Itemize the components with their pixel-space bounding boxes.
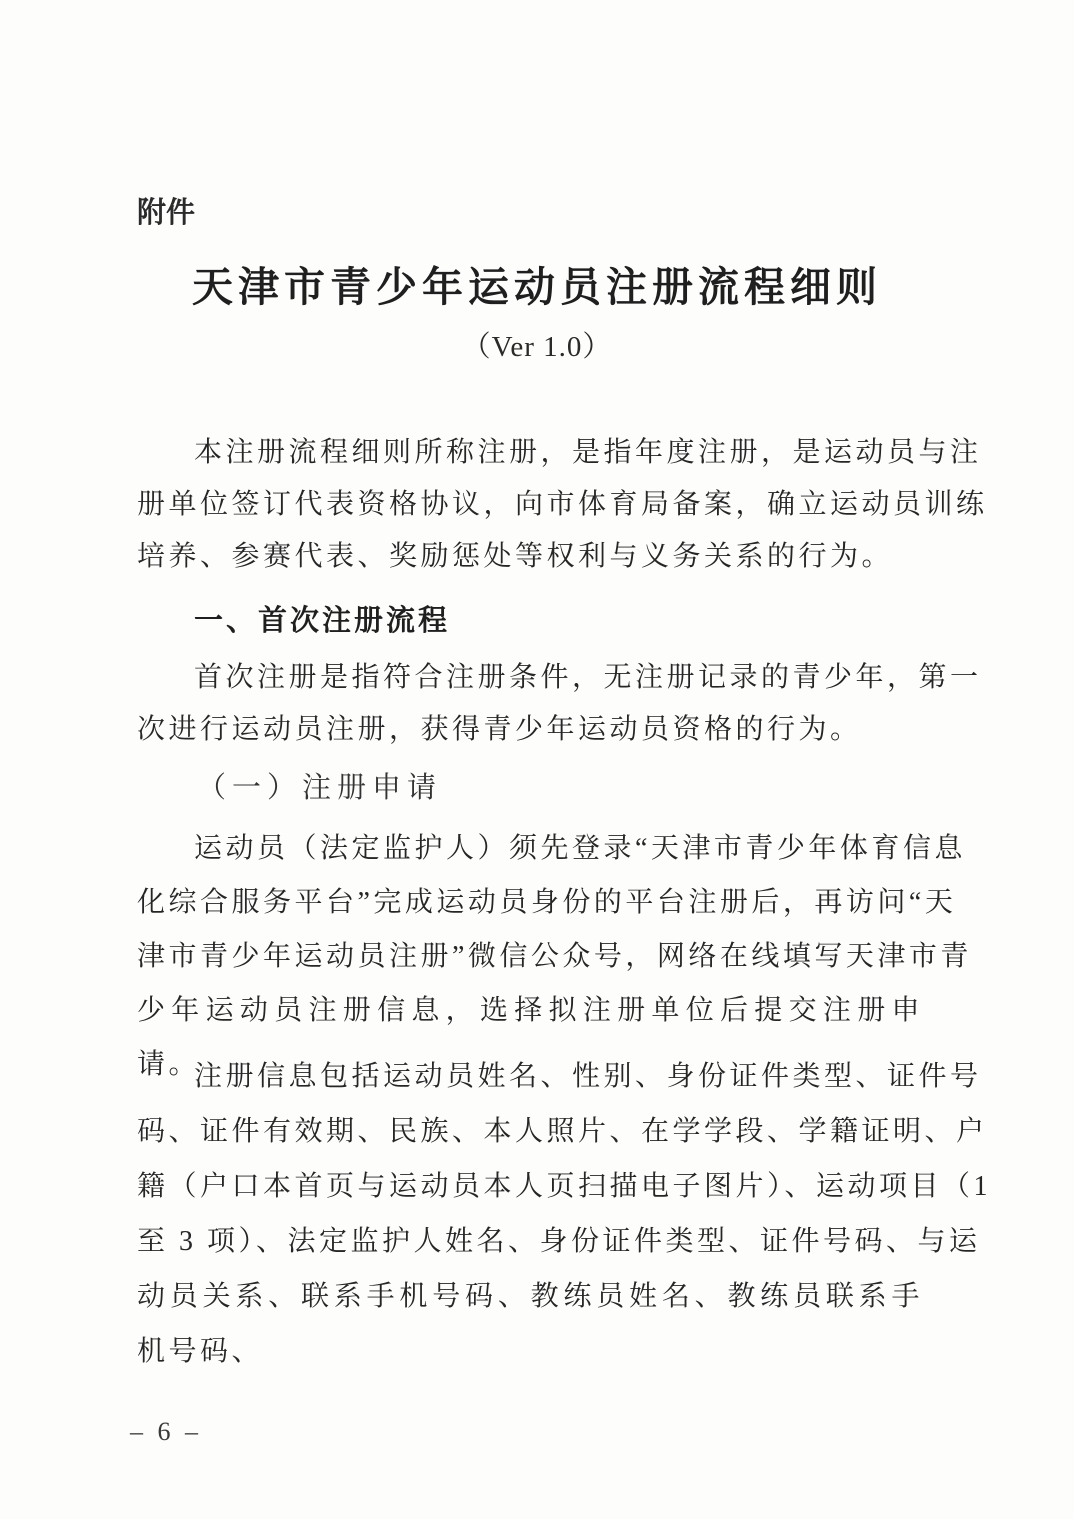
text-line: 动员关系、联系手机号码、教练员姓名、教练员联系手机号码、	[137, 1269, 923, 1379]
text-line: 化综合服务平台”完成运动员身份的平台注册后，再访问“天	[137, 876, 923, 930]
text-line: 津市青少年运动员注册”微信公众号，网络在线填写天津市青	[137, 930, 923, 984]
document-title: 天津市青少年运动员注册流程细则	[0, 254, 1074, 313]
text-line: 至 3 项）、法定监护人姓名、身份证件类型、证件号码、与运	[137, 1214, 923, 1269]
paragraph-first-registration-definition: 首次注册是指符合注册条件，无注册记录的青少年，第一 次进行运动员注册，获得青少年…	[137, 652, 923, 756]
section-heading-first-registration: 一、首次注册流程	[137, 598, 450, 639]
text-line: 次进行运动员注册，获得青少年运动员资格的行为。	[137, 704, 923, 756]
text-line: 培养、参赛代表、奖励惩处等权利与义务关系的行为。	[137, 531, 923, 583]
paragraph-registration-info-fields: 注册信息包括运动员姓名、性别、身份证件类型、证件号 码、证件有效期、民族、本人照…	[137, 1049, 923, 1379]
text-line: 本注册流程细则所称注册，是指年度注册，是运动员与注	[137, 427, 923, 479]
text-line: 注册信息包括运动员姓名、性别、身份证件类型、证件号	[137, 1049, 923, 1104]
document-page: 附件 天津市青少年运动员注册流程细则 （Ver 1.0） 本注册流程细则所称注册…	[0, 0, 1074, 1519]
paragraph-registration-definition: 本注册流程细则所称注册，是指年度注册，是运动员与注 册单位签订代表资格协议，向市…	[137, 427, 923, 583]
attachment-label: 附件	[137, 190, 195, 231]
version-label: （Ver 1.0）	[0, 324, 1074, 365]
text-line: 册单位签订代表资格协议，向市体育局备案，确立运动员训练	[137, 479, 923, 531]
text-line: 籍（户口本首页与运动员本人页扫描电子图片）、运动项目（1	[137, 1159, 923, 1214]
page-number: – 6 –	[130, 1417, 202, 1447]
text-line: 首次注册是指符合注册条件，无注册记录的青少年，第一	[137, 652, 923, 704]
sub-heading-registration-application: （一）注册申请	[137, 765, 442, 806]
text-line: 码、证件有效期、民族、本人照片、在学学段、学籍证明、户	[137, 1104, 923, 1159]
text-line: 运动员（法定监护人）须先登录“天津市青少年体育信息	[137, 822, 923, 876]
